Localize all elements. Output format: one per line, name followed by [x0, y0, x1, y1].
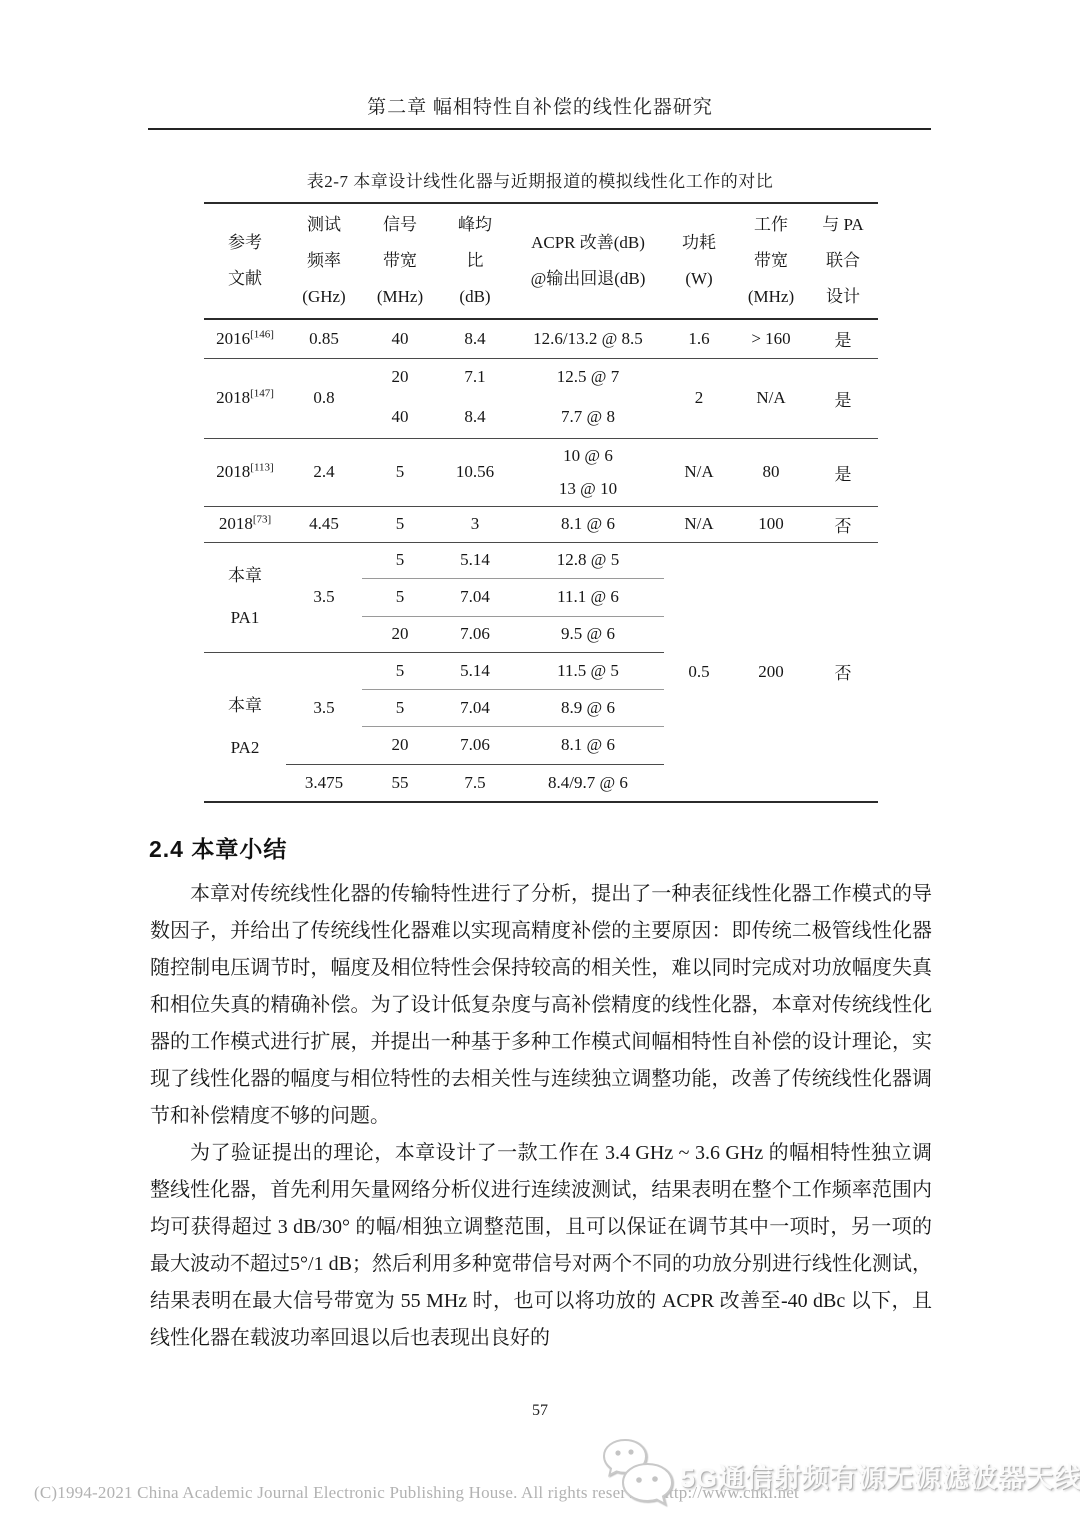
reference-superscript: [147]: [250, 387, 274, 399]
col-header-acpr: ACPR 改善(dB) @输出回退(dB): [512, 203, 664, 319]
watermark: 5G通信射频有源无源滤波器天线: [600, 1434, 1080, 1516]
cell-signal-bandwidth: 40: [362, 396, 438, 438]
col-header-papr: 峰均 比 (dB): [438, 203, 512, 319]
wechat-icon: [600, 1434, 676, 1516]
cell-signal-bandwidth: 5: [362, 689, 438, 726]
reference-superscript: [113]: [250, 461, 273, 473]
comparison-table: 参考 文献 测试 频率 (GHz) 信号 带宽 (MHz) 峰均 比 (dB) …: [204, 202, 878, 803]
cell-acpr: 11.5 @ 5: [512, 652, 664, 689]
table-caption: 表2-7 本章设计线性化器与近期报道的模拟线性化工作的对比: [0, 167, 1080, 192]
cell-signal-bandwidth: 5: [362, 438, 438, 506]
cell-papr: 7.04: [438, 689, 512, 726]
cell-signal-bandwidth: 5: [362, 652, 438, 689]
cell-signal-bandwidth: 20: [362, 616, 438, 652]
cell-power: 0.5: [664, 542, 734, 802]
reference-superscript: [146]: [250, 328, 274, 340]
section-body: 本章对传统线性化器的传输特性进行了分析，提出了一种表征线性化器工作模式的导数因子…: [150, 876, 932, 1357]
cell-test-frequency: 0.8: [286, 358, 362, 438]
cell-power: 1.6: [664, 319, 734, 358]
cell-power: 2: [664, 358, 734, 438]
section-heading: 2.4 本章小结: [149, 831, 287, 864]
cell-working-bandwidth: 200: [734, 542, 808, 802]
col-header-power: 功耗 (W): [664, 203, 734, 319]
table-row: 2018[73] 4.45 5 3 8.1 @ 6 N/A 100 否: [204, 506, 878, 542]
cell-papr: 3: [438, 506, 512, 542]
page-number: 57: [0, 1402, 1080, 1420]
table-header-row: 参考 文献 测试 频率 (GHz) 信号 带宽 (MHz) 峰均 比 (dB) …: [204, 203, 878, 319]
cell-joint-pa: 否: [808, 506, 878, 542]
cell-test-frequency: 0.85: [286, 319, 362, 358]
cell-reference: 2018[147]: [204, 358, 286, 438]
cell-working-bandwidth: 80: [734, 438, 808, 506]
cell-test-frequency: 4.45: [286, 506, 362, 542]
cell-papr: 7.04: [438, 578, 512, 616]
cell-signal-bandwidth: 5: [362, 506, 438, 542]
running-header: 第二章 幅相特性自补偿的线性化器研究: [0, 92, 1080, 119]
cell-acpr: 8.1 @ 6: [512, 726, 664, 764]
cell-reference-this-work-pa1: 本章 PA1: [204, 542, 286, 652]
paper-page: 第二章 幅相特性自补偿的线性化器研究 表2-7 本章设计线性化器与近期报道的模拟…: [0, 0, 1080, 1527]
cell-papr: 10.56: [438, 438, 512, 506]
header-rule: [148, 128, 931, 130]
paragraph: 为了验证提出的理论，本章设计了一款工作在 3.4 GHz ~ 3.6 GHz 的…: [150, 1135, 932, 1357]
col-header-reference: 参考 文献: [204, 203, 286, 319]
cell-joint-pa: 是: [808, 358, 878, 438]
cell-papr: 5.14: [438, 652, 512, 689]
table-row: 2018[147] 0.8 20 7.1 12.5 @ 7 2 N/A 是: [204, 358, 878, 396]
cell-power: N/A: [664, 438, 734, 506]
table-row: 2016[146] 0.85 40 8.4 12.6/13.2 @ 8.5 1.…: [204, 319, 878, 358]
cell-papr: 7.5: [438, 764, 512, 802]
cell-signal-bandwidth: 40: [362, 319, 438, 358]
cell-papr: 8.4: [438, 319, 512, 358]
cell-acpr: 9.5 @ 6: [512, 616, 664, 652]
cell-joint-pa: 是: [808, 438, 878, 506]
cell-reference: 2018[73]: [204, 506, 286, 542]
cell-signal-bandwidth: 5: [362, 578, 438, 616]
cell-signal-bandwidth: 20: [362, 726, 438, 764]
cell-papr: 8.4: [438, 396, 512, 438]
cell-signal-bandwidth: 5: [362, 542, 438, 578]
paragraph: 本章对传统线性化器的传输特性进行了分析，提出了一种表征线性化器工作模式的导数因子…: [150, 876, 932, 1135]
cell-acpr: 11.1 @ 6: [512, 578, 664, 616]
table-row: 本章 PA1 3.5 5 5.14 12.8 @ 5 0.5 200 否: [204, 542, 878, 578]
cell-joint-pa: 否: [808, 542, 878, 802]
cell-reference: 2016[146]: [204, 319, 286, 358]
cell-papr: 7.1: [438, 358, 512, 396]
cell-papr: 7.06: [438, 616, 512, 652]
cell-reference-this-work-pa2: 本章 PA2: [204, 652, 286, 802]
cell-acpr: 8.4/9.7 @ 6: [512, 764, 664, 802]
cell-acpr: 12.8 @ 5: [512, 542, 664, 578]
cell-power: N/A: [664, 506, 734, 542]
table-row: 2018[113] 2.4 5 10.56 10 @ 6 13 @ 10 N/A…: [204, 438, 878, 506]
cell-working-bandwidth: > 160: [734, 319, 808, 358]
cell-signal-bandwidth: 20: [362, 358, 438, 396]
cell-signal-bandwidth: 55: [362, 764, 438, 802]
cell-test-frequency: 3.5: [286, 542, 362, 652]
reference-superscript: [73]: [253, 513, 271, 525]
cell-acpr: 12.6/13.2 @ 8.5: [512, 319, 664, 358]
cell-test-frequency: 3.5: [286, 652, 362, 764]
watermark-text: 5G通信射频有源无源滤波器天线: [680, 1456, 1080, 1495]
cell-acpr: 10 @ 6 13 @ 10: [512, 438, 664, 506]
cell-papr: 7.06: [438, 726, 512, 764]
cell-working-bandwidth: N/A: [734, 358, 808, 438]
col-header-joint-pa-design: 与 PA 联合 设计: [808, 203, 878, 319]
col-header-signal-bandwidth: 信号 带宽 (MHz): [362, 203, 438, 319]
cell-acpr: 8.1 @ 6: [512, 506, 664, 542]
cell-reference: 2018[113]: [204, 438, 286, 506]
cell-acpr: 8.9 @ 6: [512, 689, 664, 726]
cell-test-frequency: 2.4: [286, 438, 362, 506]
cell-papr: 5.14: [438, 542, 512, 578]
cell-working-bandwidth: 100: [734, 506, 808, 542]
col-header-working-bandwidth: 工作 带宽 (MHz): [734, 203, 808, 319]
cell-acpr: 7.7 @ 8: [512, 396, 664, 438]
cell-acpr: 12.5 @ 7: [512, 358, 664, 396]
cell-joint-pa: 是: [808, 319, 878, 358]
col-header-test-frequency: 测试 频率 (GHz): [286, 203, 362, 319]
cell-test-frequency: 3.475: [286, 764, 362, 802]
